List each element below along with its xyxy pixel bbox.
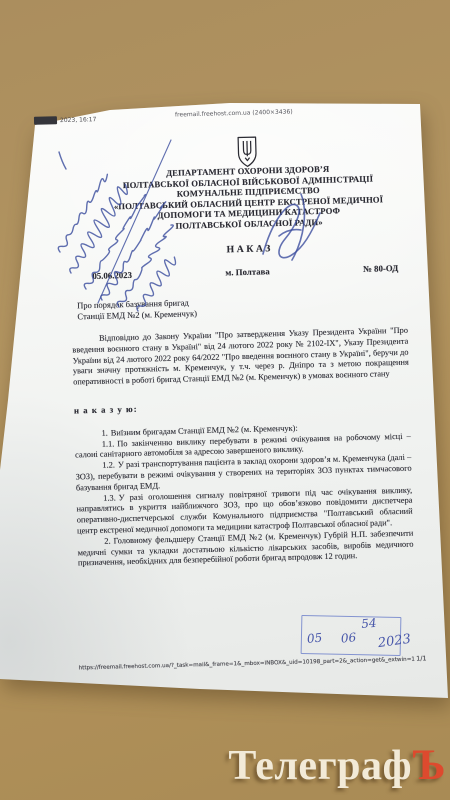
watermark-main-text: Телеграф — [228, 743, 412, 789]
order-meta-row: 05.06.2023 м. Полтава № 80-ОД — [70, 263, 406, 282]
order-title: НАКАЗ — [80, 239, 420, 259]
print-footer: https://freemail.freehost.com.ua/?_task=… — [79, 654, 427, 671]
order-city: м. Полтава — [225, 266, 270, 277]
registration-stamp: 54 05 06 2023 — [301, 615, 402, 656]
item-number: 1.1. — [102, 439, 118, 448]
watermark-last-letter: Ъ — [412, 741, 446, 789]
item-text: У разі оголошення сигналу повітряної три… — [76, 485, 412, 535]
order-subject: Про порядок базування бригад Станції ЕМД… — [77, 297, 197, 322]
item-number: 1.2. — [102, 461, 118, 470]
print-page-number: 1/1 — [416, 654, 427, 662]
organization-header: ДЕПАРТАМЕНТ ОХОРОНИ ЗДОРОВ’Я ПОЛТАВСЬКОЇ… — [78, 161, 420, 233]
photo-of-document: 2023, 16:17 freemail.freehost.com.ua (24… — [0, 0, 450, 800]
telegraf-watermark: ТелеграфЪ — [228, 740, 446, 790]
stamp-number: 54 — [360, 616, 376, 631]
subject-line: Станції ЕМД №2 (м. Кременчук) — [77, 308, 197, 322]
stamp-day: 05 — [306, 631, 323, 646]
stamp-month: 06 — [340, 630, 356, 645]
order-body: Відповідно до Закону України "Про затвер… — [72, 326, 414, 570]
item-number: 1.3. — [103, 493, 119, 502]
order-number: № 80-ОД — [363, 263, 398, 274]
order-date: 05.06.2023 — [92, 270, 132, 281]
decree-word: н а к а з у ю: — [74, 397, 410, 417]
preamble-paragraph: Відповідно до Закону України "Про затвер… — [72, 326, 409, 389]
print-footer-url: https://freemail.freehost.com.ua/?_task=… — [79, 657, 415, 672]
document-content: ДЕПАРТАМЕНТ ОХОРОНИ ЗДОРОВ’Я ПОЛТАВСЬКОЇ… — [50, 98, 437, 694]
